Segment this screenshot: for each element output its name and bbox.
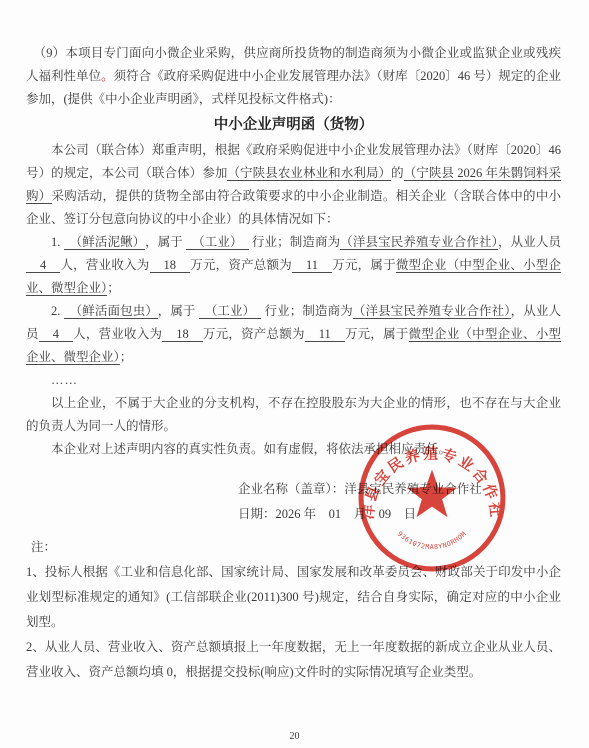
item-text: 万元，属于 xyxy=(332,258,396,272)
item-text: 人，营业收入为 xyxy=(73,327,162,341)
employees-blank: 4 xyxy=(39,327,73,342)
declaration-seg3: 采购活动，提供的货物全部由符合政策要求的中小企业制造。相关企业（含联合体中的中小… xyxy=(26,189,561,226)
item-text: ； xyxy=(107,281,120,295)
item-text: 人，营业收入为 xyxy=(60,258,149,272)
item-text: ，从业人员 xyxy=(498,235,561,249)
item-index: 1. xyxy=(51,235,60,249)
item-index: 2. xyxy=(51,304,60,318)
assets-blank: 11 xyxy=(305,327,345,342)
purchaser-name-blank: （宁陕县农业林业和水利局） xyxy=(227,166,391,181)
goods-name-blank: （鲜活泥鳅） xyxy=(64,235,145,250)
item-text: ； xyxy=(120,350,133,364)
note-1: 1、投标人根据《工业和信息化部、国家统计局、国家发展和改革委员会、财政部关于印发… xyxy=(26,560,561,635)
declaration-title: 中小企业声明函（货物） xyxy=(26,111,561,139)
notes-section: 注： 1、投标人根据《工业和信息化部、国家统计局、国家发展和改革委员会、财政部关… xyxy=(26,535,561,685)
industry-blank: （工业） xyxy=(199,304,261,319)
revenue-blank: 18 xyxy=(162,327,203,342)
item-text: 万元，属于 xyxy=(345,327,409,341)
item-text: 万元，资产总额为 xyxy=(203,327,305,341)
manufacturer-blank: （洋县宝民养殖专业合作社） xyxy=(353,304,511,319)
employees-blank: 4 xyxy=(26,258,60,273)
document-body: （9）本项目专门面向小微企业采购，供应商所投货物的制造商须为小微企业或监狱企业或… xyxy=(0,0,589,685)
note-2: 2、从业人员、营业收入、资产总额填报上一年度数据，无上一年度数据的新成立企业从业… xyxy=(26,635,561,685)
assets-blank: 11 xyxy=(292,258,332,273)
company-name-value: 洋县宝民养殖专业合作社 xyxy=(344,482,482,496)
industry-blank: （工业） xyxy=(186,235,248,250)
signature-block: 企业名称（盖章）：洋县宝民养殖专业合作社 日期：2026 年 01 月 09 日 xyxy=(238,477,561,527)
clause-9-paragraph: （9）本项目专门面向小微企业采购，供应商所投货物的制造商须为小微企业或监狱企业或… xyxy=(26,42,561,111)
item-text: 行业；制造商为 xyxy=(252,235,340,249)
declaration-paragraph: 本公司（联合体）郑重声明，根据《政府采购促进中小企业发展管理办法》（财库〔202… xyxy=(26,139,561,231)
notes-label: 注： xyxy=(26,535,561,560)
goods-name-blank: （鲜活面包虫） xyxy=(64,304,158,319)
date-row: 日期：2026 年 01 月 09 日 xyxy=(238,502,561,527)
revenue-blank: 18 xyxy=(150,258,191,273)
document-page: （9）本项目专门面向小微企业采购，供应商所投货物的制造商须为小微企业或监狱企业或… xyxy=(0,0,589,748)
item-text: ，属于 xyxy=(145,235,183,249)
item-text: 行业；制造商为 xyxy=(265,304,353,318)
item-text: ，属于 xyxy=(158,304,196,318)
red-period-mark: 。 xyxy=(101,69,114,83)
company-name-row: 企业名称（盖章）：洋县宝民养殖专业合作社 xyxy=(238,477,561,502)
declaration-seg2: 的 xyxy=(391,166,404,180)
item-text: 万元，资产总额为 xyxy=(190,258,292,272)
date-value: 2026 年 01 月 09 日 xyxy=(276,507,417,521)
ellipsis-line: …… xyxy=(26,369,561,392)
enterprise-item-1: 1. （鲜活泥鳅），属于 （工业） 行业；制造商为（洋县宝民养殖专业合作社），从… xyxy=(26,231,561,300)
page-number: 20 xyxy=(0,731,589,742)
no-branch-paragraph: 以上企业，不属于大企业的分支机构，不存在控股股东为大企业的情形，也不存在与大企业… xyxy=(26,392,561,438)
enterprise-item-2: 2. （鲜活面包虫），属于 （工业） 行业；制造商为（洋县宝民养殖专业合作社），… xyxy=(26,300,561,369)
date-label: 日期： xyxy=(238,507,276,521)
manufacturer-blank: （洋县宝民养殖专业合作社） xyxy=(340,235,498,250)
company-name-label: 企业名称（盖章）： xyxy=(238,482,344,496)
responsibility-paragraph: 本企业对上述声明内容的真实性负责。如有虚假，将依法承担相应责任。 xyxy=(26,438,561,461)
